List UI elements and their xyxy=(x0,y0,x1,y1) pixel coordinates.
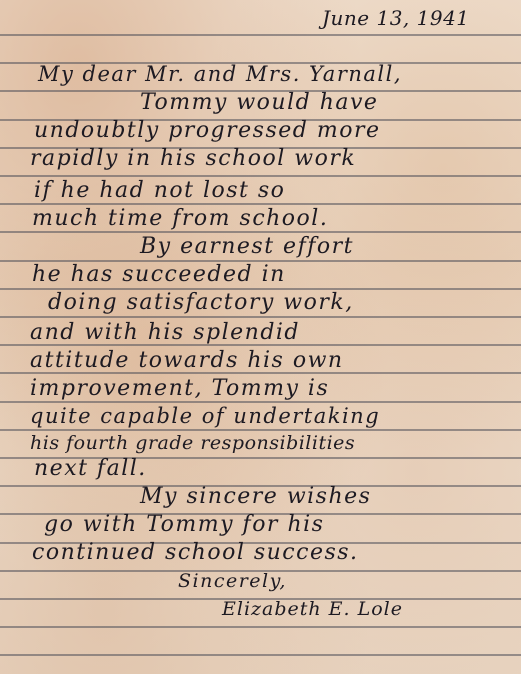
signature: Elizabeth E. Lole xyxy=(222,598,403,620)
rule-line xyxy=(0,175,521,177)
body-line: improvement, Tommy is xyxy=(30,376,329,401)
body-line: By earnest effort xyxy=(140,234,354,259)
rule-line xyxy=(0,401,521,403)
body-line: if he had not lost so xyxy=(34,178,285,203)
body-line: and with his splendid xyxy=(30,320,300,345)
closing: Sincerely, xyxy=(178,570,287,592)
body-line: continued school success. xyxy=(32,540,359,565)
body-line: his fourth grade responsibilities xyxy=(30,432,355,454)
rule-line xyxy=(0,203,521,205)
body-line: rapidly in his school work xyxy=(30,146,356,171)
body-line: next fall. xyxy=(34,456,147,481)
letter-date: June 13, 1941 xyxy=(322,6,470,30)
rule-line xyxy=(0,231,521,233)
body-line: My sincere wishes xyxy=(140,484,371,509)
body-line: much time from school. xyxy=(32,206,328,231)
salutation: My dear Mr. and Mrs. Yarnall, xyxy=(38,62,402,86)
letter-paper: June 13, 1941 My dear Mr. and Mrs. Yarna… xyxy=(0,0,521,674)
body-line: undoubtly progressed more xyxy=(34,118,381,143)
rule-line xyxy=(0,429,521,431)
body-line: he has succeeded in xyxy=(32,262,286,287)
rule-line xyxy=(0,34,521,36)
body-line: attitude towards his own xyxy=(30,348,344,373)
body-line: quite capable of undertaking xyxy=(30,404,380,428)
rule-line xyxy=(0,316,521,318)
body-line: go with Tommy for his xyxy=(44,512,324,537)
rule-line xyxy=(0,626,521,628)
rule-line xyxy=(0,654,521,656)
body-line: Tommy would have xyxy=(140,90,378,115)
body-line: doing satisfactory work, xyxy=(48,290,354,315)
